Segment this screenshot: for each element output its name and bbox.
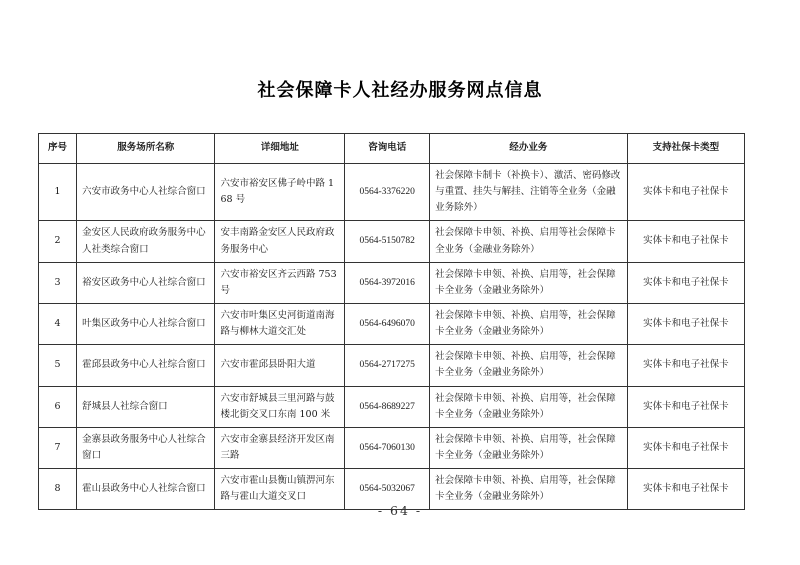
cell-card-type: 实体卡和电子社保卡 [627,427,744,468]
table-row: 6 舒城县人社综合窗口 六安市舒城县三里河路与鼓楼北街交叉口东南 100 米 0… [39,386,745,427]
cell-phone: 0564-3972016 [345,262,430,303]
cell-phone: 0564-5150782 [345,221,430,262]
cell-phone: 0564-3376220 [345,164,430,221]
table-row: 3 裕安区政务中心人社综合窗口 六安市裕安区齐云西路 753 号 0564-39… [39,262,745,303]
cell-no: 4 [39,303,77,344]
table-row: 2 金安区人民政府政务服务中心人社类综合窗口 安丰南路金安区人民政府政务服务中心… [39,221,745,262]
cell-no: 2 [39,221,77,262]
table-body: 1 六安市政务中心人社综合窗口 六安市裕安区佛子岭中路 168 号 0564-3… [39,164,745,510]
cell-no: 1 [39,164,77,221]
cell-address: 六安市叶集区史河街道南海路与柳林大道交汇处 [215,303,345,344]
table-row: 4 叶集区政务中心人社综合窗口 六安市叶集区史河街道南海路与柳林大道交汇处 05… [39,303,745,344]
cell-address: 六安市舒城县三里河路与鼓楼北街交叉口东南 100 米 [215,386,345,427]
cell-name: 舒城县人社综合窗口 [77,386,215,427]
cell-card-type: 实体卡和电子社保卡 [627,221,744,262]
cell-name: 霍邱县政务中心人社综合窗口 [77,345,215,386]
cell-business: 社会保障卡申领、补换、启用等，社会保障卡全业务（金融业务除外） [430,303,628,344]
table-row: 7 金寨县政务服务中心人社综合窗口 六安市金寨县经济开发区南三路 0564-70… [39,427,745,468]
cell-card-type: 实体卡和电子社保卡 [627,164,744,221]
cell-address: 六安市霍邱县卧阳大道 [215,345,345,386]
cell-no: 3 [39,262,77,303]
cell-no: 6 [39,386,77,427]
table-row: 5 霍邱县政务中心人社综合窗口 六安市霍邱县卧阳大道 0564-2717275 … [39,345,745,386]
cell-business: 社会保障卡申领、补换、启用等，社会保障卡全业务（金融业务除外） [430,262,628,303]
cell-business: 社会保障卡申领、补换、启用等，社会保障卡全业务（金融业务除外） [430,345,628,386]
table-header-row: 序号 服务场所名称 详细地址 咨询电话 经办业务 支持社保卡类型 [39,134,745,164]
cell-phone: 0564-7060130 [345,427,430,468]
cell-phone: 0564-2717275 [345,345,430,386]
document-page: 社会保障卡人社经办服务网点信息 序号 服务场所名称 详细地址 咨询电话 经办业务… [0,0,800,565]
cell-card-type: 实体卡和电子社保卡 [627,303,744,344]
service-points-table: 序号 服务场所名称 详细地址 咨询电话 经办业务 支持社保卡类型 1 六安市政务… [38,133,745,510]
header-cell-no: 序号 [39,134,77,164]
cell-name: 金安区人民政府政务服务中心人社类综合窗口 [77,221,215,262]
cell-name: 金寨县政务服务中心人社综合窗口 [77,427,215,468]
cell-business: 社会保障卡申领、补换、启用等，社会保障卡全业务（金融业务除外） [430,386,628,427]
header-cell-phone: 咨询电话 [345,134,430,164]
header-cell-address: 详细地址 [215,134,345,164]
header-cell-name: 服务场所名称 [77,134,215,164]
cell-phone: 0564-8689227 [345,386,430,427]
header-cell-business: 经办业务 [430,134,628,164]
page-number: - 64 - [0,503,800,518]
cell-name: 裕安区政务中心人社综合窗口 [77,262,215,303]
cell-no: 7 [39,427,77,468]
cell-address: 六安市裕安区齐云西路 753 号 [215,262,345,303]
page-title: 社会保障卡人社经办服务网点信息 [0,76,800,102]
cell-name: 叶集区政务中心人社综合窗口 [77,303,215,344]
cell-address: 六安市金寨县经济开发区南三路 [215,427,345,468]
header-cell-card-type: 支持社保卡类型 [627,134,744,164]
cell-card-type: 实体卡和电子社保卡 [627,386,744,427]
cell-card-type: 实体卡和电子社保卡 [627,262,744,303]
cell-business: 社会保障卡申领、补换、启用等，社会保障卡全业务（金融业务除外） [430,427,628,468]
cell-business: 社会保障卡制卡（补换卡）、激活、密码修改与重置、挂失与解挂、注销等全业务（金融业… [430,164,628,221]
cell-no: 5 [39,345,77,386]
cell-address: 安丰南路金安区人民政府政务服务中心 [215,221,345,262]
cell-name: 六安市政务中心人社综合窗口 [77,164,215,221]
cell-card-type: 实体卡和电子社保卡 [627,345,744,386]
cell-phone: 0564-6496070 [345,303,430,344]
table-row: 1 六安市政务中心人社综合窗口 六安市裕安区佛子岭中路 168 号 0564-3… [39,164,745,221]
cell-business: 社会保障卡申领、补换、启用等社会保障卡全业务（金融业务除外） [430,221,628,262]
cell-address: 六安市裕安区佛子岭中路 168 号 [215,164,345,221]
